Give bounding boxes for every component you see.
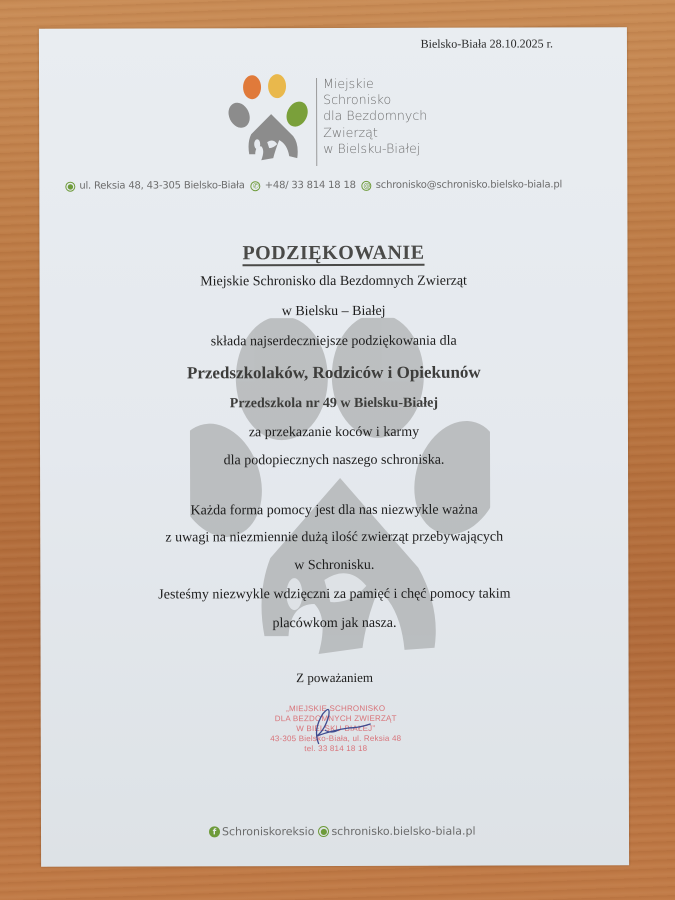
location-pin-icon: ●	[65, 181, 75, 191]
phone-icon: ✆	[251, 181, 261, 191]
recipients-line: Przedszkolaków, Rodziców i Opiekunów	[40, 362, 628, 384]
body-line: z uwagi na niezmiennie dużą ilość zwierz…	[40, 529, 628, 547]
body-line: Każda forma pomocy jest dla nas niezwykl…	[40, 502, 628, 520]
body-line: dla podopiecznych naszego schroniska.	[40, 452, 628, 470]
body-line: w Bielsku – Białej	[40, 303, 628, 321]
closing-text: Z poważaniem	[41, 669, 629, 687]
paw-dog-logo-icon	[227, 70, 313, 166]
address-text: ul. Reksia 48, 43-305 Bielsko-Biała	[79, 180, 244, 191]
shelter-logo: Miejskie Schronisko dla Bezdomnych Zwier…	[227, 70, 467, 171]
at-sign-icon: @	[362, 180, 372, 190]
place-date: Bielsko-Biała 28.10.2025 r.	[421, 36, 553, 51]
website-text: schronisko.bielsko-biala.pl	[331, 825, 475, 838]
title-text: PODZIĘKOWANIE	[242, 242, 424, 266]
letter-footer: f Schroniskoreksio ● schronisko.bielsko-…	[209, 825, 476, 839]
phone-text: +48/ 33 814 18 18	[265, 180, 356, 191]
facebook-icon: f	[209, 826, 220, 837]
logo-line: Zwierząt	[323, 124, 427, 140]
contact-email: @ schronisko@schronisko.bielsko-biala.pl	[362, 179, 562, 191]
contact-address: ● ul. Reksia 48, 43-305 Bielsko-Biała	[65, 180, 244, 191]
logo-text: Miejskie Schronisko dla Bezdomnych Zwier…	[323, 76, 427, 157]
letter-body: Miejskie Schronisko dla Bezdomnych Zwier…	[39, 27, 627, 29]
letter-paper: Bielsko-Biała 28.10.2025 r. Miejskie Sch…	[39, 27, 629, 867]
signature-mark	[279, 700, 389, 750]
body-line: Jesteśmy niezwykle wdzięczni za pamięć i…	[40, 586, 628, 604]
logo-line: Schronisko	[323, 92, 427, 108]
body-line: Miejskie Schronisko dla Bezdomnych Zwier…	[40, 273, 628, 291]
contact-phone: ✆ +48/ 33 814 18 18	[251, 180, 356, 191]
letter-title: PODZIĘKOWANIE	[39, 241, 627, 266]
logo-line: dla Bezdomnych	[323, 108, 427, 124]
body-line: w Schronisku.	[40, 557, 628, 575]
email-text: schronisko@schronisko.bielsko-biala.pl	[376, 179, 562, 190]
body-line: składa najserdeczniejsze podziękowania d…	[40, 333, 628, 351]
logo-line: Miejskie	[323, 76, 427, 92]
contact-bar: ● ul. Reksia 48, 43-305 Bielsko-Biała ✆ …	[65, 179, 625, 191]
logo-divider	[316, 78, 317, 166]
logo-line: w Bielsku-Białej	[323, 141, 427, 157]
body-line: placówkom jak nasza.	[40, 615, 628, 633]
globe-icon: ●	[318, 826, 329, 837]
facebook-handle: Schroniskoreksio	[222, 825, 314, 838]
recipients-institution: Przedszkola nr 49 w Bielsku-Białej	[40, 395, 628, 413]
body-line: za przekazanie koców i karmy	[40, 424, 628, 442]
